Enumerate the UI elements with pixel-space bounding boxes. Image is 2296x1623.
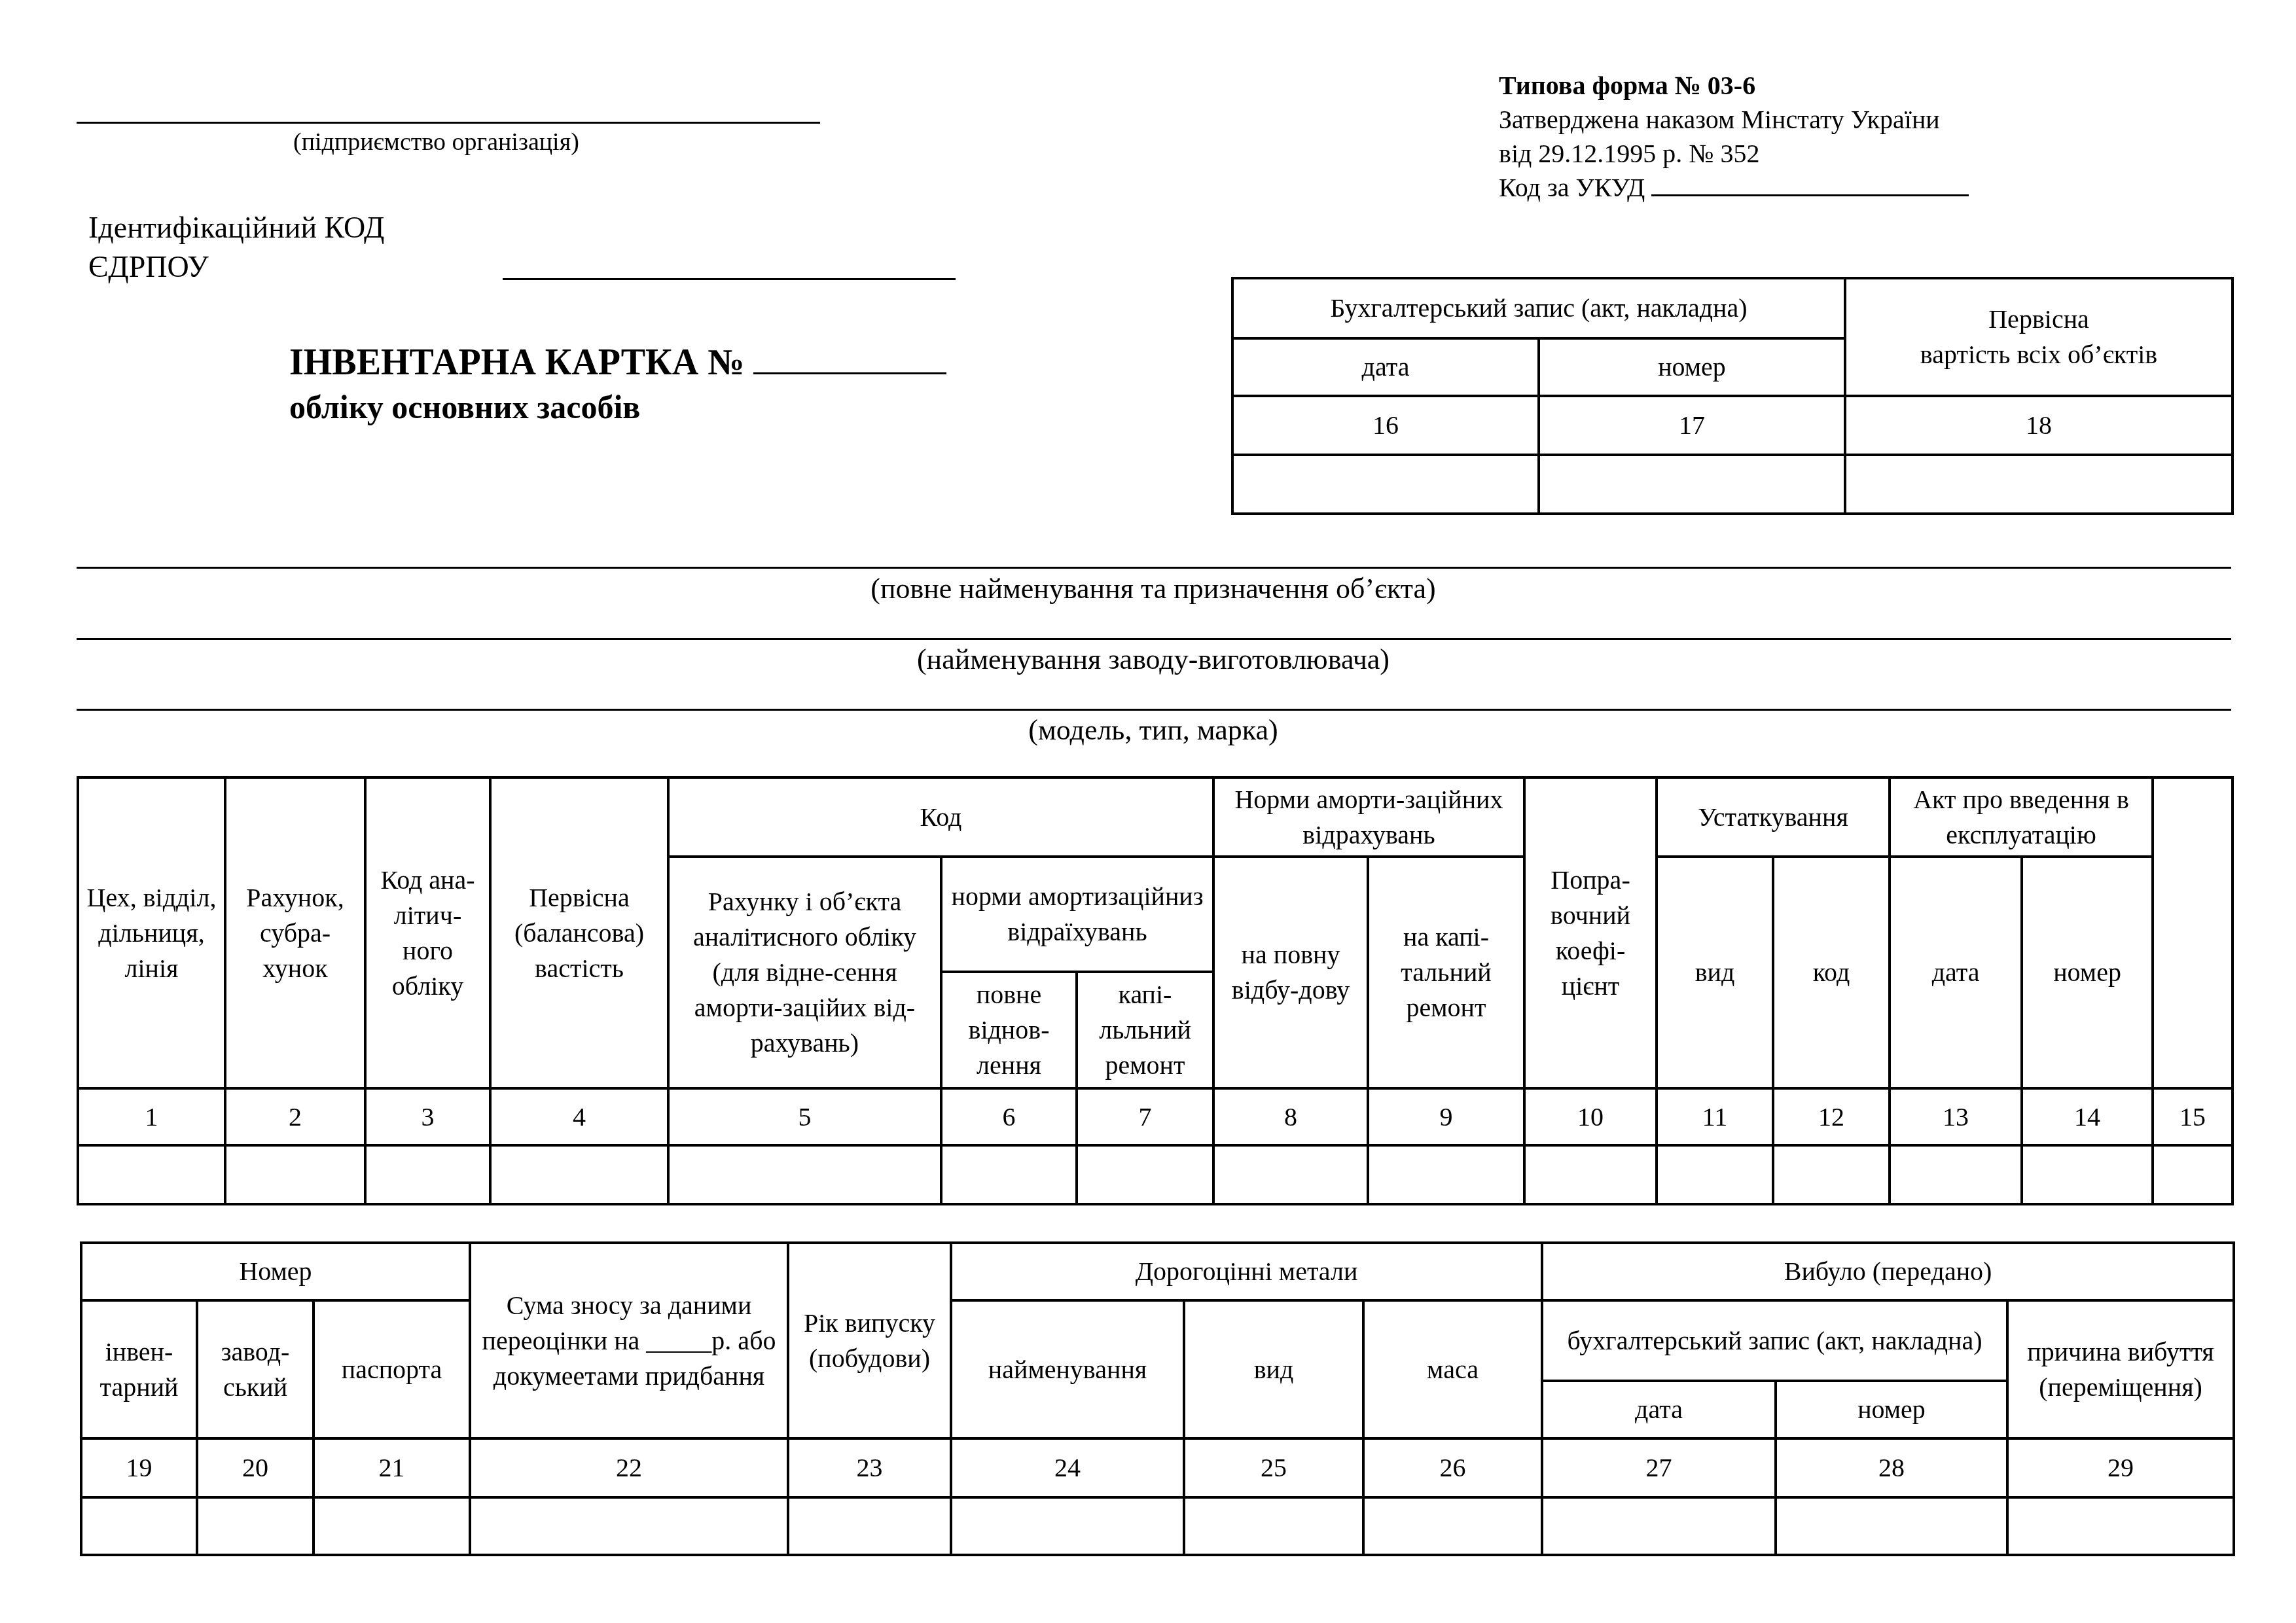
data-cell[interactable] (490, 1145, 668, 1204)
factory-number-header: завод-ський (197, 1300, 314, 1438)
data-cell[interactable] (1776, 1497, 2007, 1555)
data-cell[interactable] (788, 1497, 951, 1555)
depreciation-header: Сума зносу за даними переоцінки на _____… (470, 1243, 788, 1438)
form-number: Типова форма № 03-6 (1499, 69, 1969, 103)
capital-repair-header: на капі-тальний ремонт (1368, 857, 1524, 1088)
col-num: 24 (951, 1438, 1184, 1497)
commissioning-act-group-header: Акт про введення в експлуатацію (1890, 777, 2153, 857)
correction-factor-header: Попра-вочний коефі-цієнт (1524, 777, 1657, 1088)
data-cell[interactable] (365, 1145, 490, 1204)
data-cell[interactable] (1368, 1145, 1524, 1204)
column-numbers-row: 19 20 21 22 23 24 25 26 27 28 29 (81, 1438, 2234, 1497)
full-restore-header: повне віднов-лення (941, 972, 1077, 1088)
full-name-field[interactable] (77, 567, 2231, 569)
col-num: 26 (1363, 1438, 1542, 1497)
col-num: 9 (1368, 1088, 1524, 1145)
dept-header: Цех, відділ, дільниця, лінія (78, 777, 225, 1088)
approval-date: від 29.12.1995 р. № 352 (1499, 137, 1969, 171)
act-date-header: дата (1890, 857, 2022, 1088)
data-cell[interactable] (1657, 1145, 1773, 1204)
accounting-entry-table: Бухгалтерський запис (акт, накладна) Пер… (1231, 277, 2234, 515)
secondary-table: Номер Сума зносу за даними переоцінки на… (80, 1241, 2235, 1556)
passport-number-header: паспорта (314, 1300, 470, 1438)
manufacturer-caption: (найменування заводу-виготовлювача) (75, 641, 2231, 678)
disposal-date-header: дата (1542, 1381, 1776, 1438)
amort-norms-group-header: Норми аморти-заційних відрахувань (1213, 777, 1524, 857)
data-cell[interactable] (2007, 1497, 2234, 1555)
accounting-entry-sub-header: бухгалтерський запис (акт, накладна) (1542, 1300, 2007, 1381)
metal-mass-header: маса (1363, 1300, 1542, 1438)
col-num: 2 (225, 1088, 365, 1145)
data-cell[interactable] (941, 1145, 1077, 1204)
entry-date-cell[interactable] (1232, 455, 1539, 514)
initial-cost-line1: Первісна (1849, 302, 2229, 337)
norms-group-header: норми амортизаційниз відраїхувань (941, 857, 1213, 972)
date-header: дата (1232, 338, 1539, 396)
data-cell[interactable] (1184, 1497, 1363, 1555)
col-num: 5 (668, 1088, 941, 1145)
enterprise-line[interactable] (77, 122, 820, 124)
data-cell[interactable] (1542, 1497, 1776, 1555)
col-num: 8 (1213, 1088, 1368, 1145)
data-cell[interactable] (1524, 1145, 1657, 1204)
data-cell[interactable] (78, 1145, 225, 1204)
col-num: 4 (490, 1088, 668, 1145)
title-line2: обліку основних засобів (289, 385, 946, 429)
approved-line: Затверджена наказом Мінстату України (1499, 103, 1969, 137)
col-num: 18 (1845, 396, 2233, 455)
col-num: 14 (2022, 1088, 2153, 1145)
capital-repair-norm-header: капі-льльний ремонт (1077, 972, 1213, 1088)
precious-metals-group-header: Дорогоцінні метали (951, 1243, 1542, 1300)
data-cell[interactable] (197, 1497, 314, 1555)
id-code-label-line2: ЄДРПОУ (88, 247, 384, 287)
data-cell[interactable] (314, 1497, 470, 1555)
id-code-label-line1: Ідентифікаційний КОД (88, 208, 384, 247)
data-cell[interactable] (1077, 1145, 1213, 1204)
card-title: ІНВЕНТАРНА КАРТКА № обліку основних засо… (289, 340, 946, 429)
code-group-header: Код (668, 777, 1213, 857)
ukud-label: Код за УКУД (1499, 173, 1645, 202)
account-header: Рахунок, субра-хунок (225, 777, 365, 1088)
data-cell[interactable] (225, 1145, 365, 1204)
data-cell[interactable] (668, 1145, 941, 1204)
data-cell[interactable] (81, 1497, 197, 1555)
metal-type-header: вид (1184, 1300, 1363, 1438)
model-caption: (модель, тип, марка) (75, 712, 2231, 749)
initial-cost-header: Первіснавартість всіх об’єктів (1845, 278, 2233, 396)
enterprise-caption: (підприємство організація) (293, 126, 579, 158)
col-num: 27 (1542, 1438, 1776, 1497)
initial-cost-line2: вартість всіх об’єктів (1849, 337, 2229, 372)
col-num: 11 (1657, 1088, 1773, 1145)
col-num: 23 (788, 1438, 951, 1497)
data-cell[interactable] (1773, 1145, 1890, 1204)
col-num: 21 (314, 1438, 470, 1497)
col-num: 1 (78, 1088, 225, 1145)
data-cell[interactable] (1363, 1497, 1542, 1555)
equipment-code-header: код (1773, 857, 1890, 1088)
data-cell[interactable] (470, 1497, 788, 1555)
title-line1: ІНВЕНТАРНА КАРТКА № (289, 340, 946, 385)
card-number-field[interactable] (753, 342, 946, 374)
disposed-group-header: Вибуло (передано) (1542, 1243, 2234, 1300)
initial-value-header: Первісна (балансова) вастість (490, 777, 668, 1088)
col-num: 15 (2153, 1088, 2233, 1145)
col-num: 13 (1890, 1088, 2022, 1145)
col-num: 17 (1539, 396, 1845, 455)
year-header: Рік випуску (побудови) (788, 1243, 951, 1438)
edrpou-field[interactable] (503, 278, 956, 280)
equipment-group-header: Устаткування (1657, 777, 1890, 857)
data-cell[interactable] (2153, 1145, 2233, 1204)
disposal-number-header: номер (1776, 1381, 2007, 1438)
model-field[interactable] (77, 709, 2231, 711)
col-num: 6 (941, 1088, 1077, 1145)
equipment-type-header: вид (1657, 857, 1773, 1088)
table-row (81, 1497, 2234, 1555)
data-cell[interactable] (951, 1497, 1184, 1555)
col-num: 19 (81, 1438, 197, 1497)
col-num: 22 (470, 1438, 788, 1497)
form-header: Типова форма № 03-6 Затверджена наказом … (1499, 69, 1969, 205)
col-num: 7 (1077, 1088, 1213, 1145)
entry-number-cell[interactable] (1539, 455, 1845, 514)
analytic-code-header: Код ана-літич-ного обліку (365, 777, 490, 1088)
col-num: 20 (197, 1438, 314, 1497)
main-table: Цех, відділ, дільниця, лінія Рахунок, су… (77, 776, 2234, 1205)
metal-name-header: найменування (951, 1300, 1184, 1438)
id-code-label: Ідентифікаційний КОД ЄДРПОУ (88, 208, 384, 287)
ukud-row: Код за УКУД (1499, 171, 1969, 205)
number-header: номер (1539, 338, 1845, 396)
manufacturer-field[interactable] (77, 638, 2231, 640)
column-numbers-row: 1 2 3 4 5 6 7 8 9 10 11 12 13 14 15 (78, 1088, 2233, 1145)
col-num: 3 (365, 1088, 490, 1145)
col-num: 10 (1524, 1088, 1657, 1145)
title-text: ІНВЕНТАРНА КАРТКА № (289, 342, 744, 383)
disposal-reason-header: причина вибуття (переміщення) (2007, 1300, 2234, 1438)
inventory-number-header: інвен-тарний (81, 1300, 197, 1438)
accounting-entry-header: Бухгалтерський запис (акт, накладна) (1232, 278, 1845, 338)
col-num: 28 (1776, 1438, 2007, 1497)
number-group-header: Номер (81, 1243, 470, 1300)
data-cell[interactable] (1213, 1145, 1368, 1204)
table-row (78, 1145, 2233, 1204)
account-object-header: Рахунку і об’єкта аналітисного обліку (д… (668, 857, 941, 1088)
col-num: 29 (2007, 1438, 2234, 1497)
full-name-caption: (повне найменування та призначення об’єк… (75, 571, 2231, 607)
col-num: 12 (1773, 1088, 1890, 1145)
col-num: 25 (1184, 1438, 1363, 1497)
col15-header (2153, 777, 2233, 1088)
data-cell[interactable] (1890, 1145, 2022, 1204)
col-num: 16 (1232, 396, 1539, 455)
data-cell[interactable] (2022, 1145, 2153, 1204)
act-number-header: номер (2022, 857, 2153, 1088)
full-rebuild-header: на повну відбу-дову (1213, 857, 1368, 1088)
initial-cost-cell[interactable] (1845, 455, 2233, 514)
ukud-field[interactable] (1651, 175, 1969, 196)
